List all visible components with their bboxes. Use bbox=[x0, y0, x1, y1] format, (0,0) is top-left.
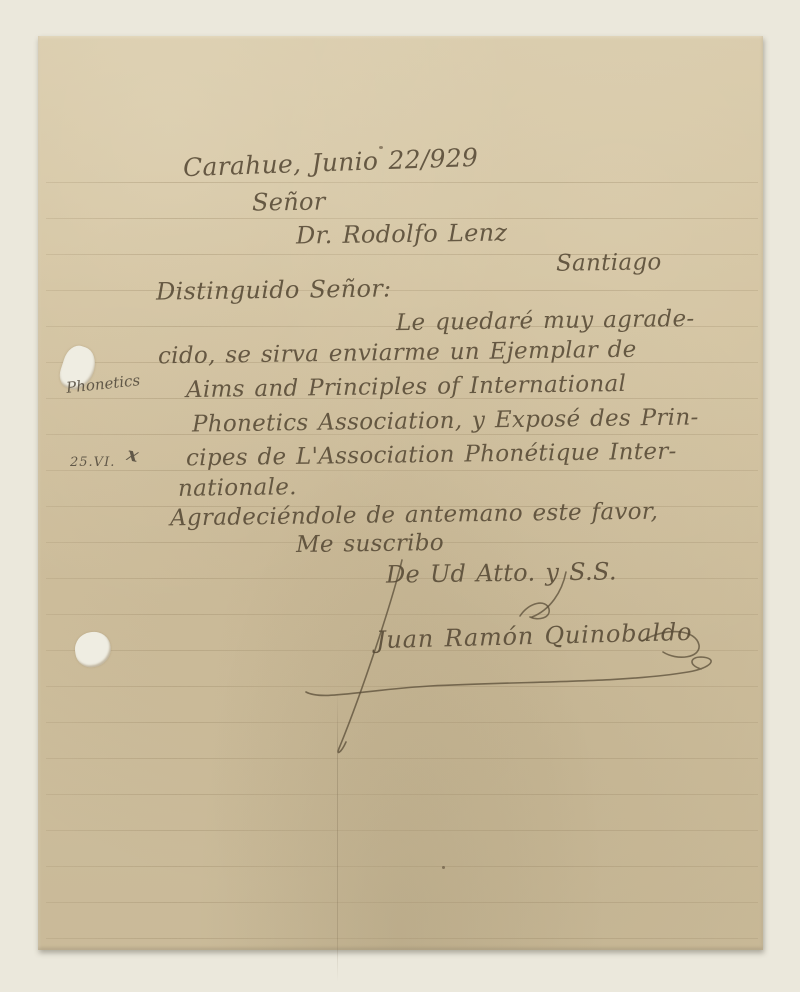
recipient-city-line: Santiago bbox=[556, 251, 662, 275]
body-line: nationale. bbox=[178, 476, 297, 501]
margin-date-note: 25.VI. bbox=[70, 455, 115, 470]
greeting-line: Distinguido Señor: bbox=[156, 276, 392, 303]
paper-speck bbox=[442, 866, 445, 869]
body-line: Aims and Principles of International bbox=[186, 373, 626, 402]
body-line: Le quedaré muy agrade- bbox=[396, 308, 695, 335]
closing-courtesy-line: De Ud Atto. y S.S. bbox=[386, 559, 617, 586]
paper-crease bbox=[337, 690, 338, 982]
salutation-line: Señor bbox=[252, 189, 326, 214]
recipient-name-line: Dr. Rodolfo Lenz bbox=[296, 221, 508, 248]
scanned-letter-page: Carahue, Junio 22/929 Señor Dr. Rodolfo … bbox=[0, 0, 800, 992]
closing-line: Me suscribo bbox=[296, 532, 444, 557]
